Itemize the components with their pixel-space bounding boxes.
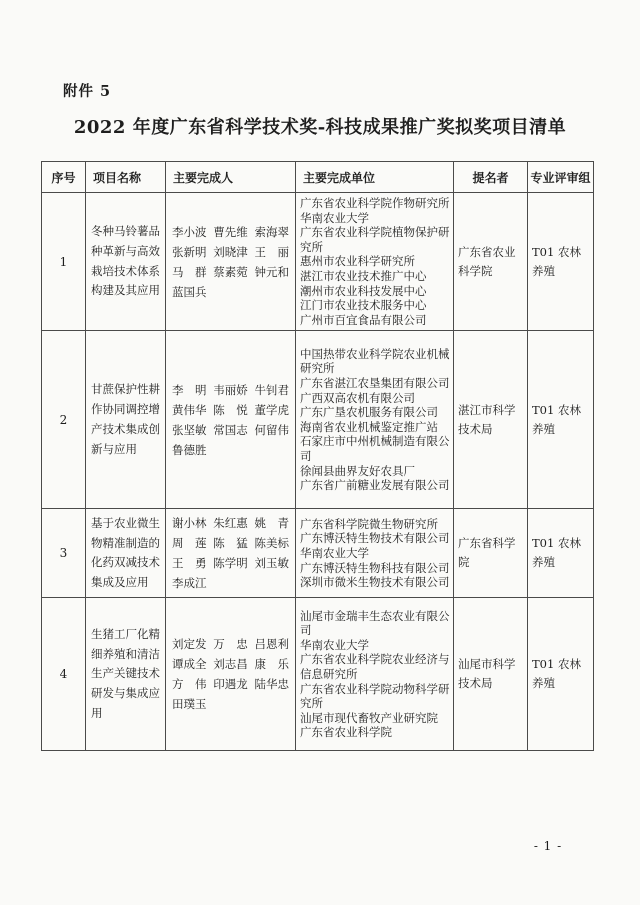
unit-name: 惠州市农业科学研究所 <box>300 254 450 269</box>
contributor-name: 曹先维 <box>213 222 248 242</box>
unit-name: 海南省农业机械鉴定推广站 <box>300 420 450 435</box>
contributor-name: 蓝国兵 <box>172 282 207 302</box>
contributor-name: 谢小林 <box>172 513 207 533</box>
contributor-name: 李小波 <box>172 222 207 242</box>
units-cell: 广东省农业科学院作物研究所华南农业大学广东省农业科学院植物保护研究所惠州市农业科… <box>296 193 454 331</box>
contributor-name: 吕恩利 <box>255 634 290 654</box>
header-main-contributors: 主要完成人 <box>166 162 296 193</box>
header-serial-no: 序号 <box>42 162 86 193</box>
review-group: T01 农林养殖 <box>528 193 594 331</box>
project-name: 生猪工厂化精细养殖和清洁生产关键技术研发与集成应用 <box>86 598 166 751</box>
unit-name: 广东博沃特生物科技有限公司 <box>300 561 450 576</box>
project-name: 冬种马铃薯品种革新与高效栽培技术体系构建及其应用 <box>86 193 166 331</box>
contributors-line: 周 莲陈 猛陈美标 <box>172 533 289 553</box>
nominator: 广东省科学院 <box>454 509 528 598</box>
contributor-name: 刘志昌 <box>213 654 248 674</box>
header-main-units: 主要完成单位 <box>296 162 454 193</box>
nominator: 湛江市科学技术局 <box>454 331 528 509</box>
unit-name: 华南农业大学 <box>300 638 450 653</box>
contributor-name: 索海翠 <box>255 222 290 242</box>
contributors-line: 田璞玉 <box>172 694 289 714</box>
contributor-name: 谭成全 <box>172 654 207 674</box>
page-number: - 1 - <box>508 839 588 853</box>
contributor-name: 陈美标 <box>255 533 290 553</box>
unit-name: 广东省农业科学院作物研究所 <box>300 196 450 211</box>
contributor-name: 陆华忠 <box>255 674 290 694</box>
document-page: 附件 5 2022 年度广东省科学技术奖-科技成果推广奖拟奖项目清单 序号 项目… <box>0 0 640 905</box>
contributor-name: 印遇龙 <box>213 674 248 694</box>
contributor-name: 康 乐 <box>255 654 290 674</box>
unit-name: 广东省农业科学院动物科学研究所 <box>300 682 450 711</box>
review-group: T01 农林养殖 <box>528 331 594 509</box>
contributor-name: 马 群 <box>172 262 207 282</box>
unit-name: 湛江市农业技术推广中心 <box>300 269 450 284</box>
contributor-name: 刘玉敏 <box>255 553 290 573</box>
contributor-name: 牛钊君 <box>255 380 290 400</box>
page-title: 2022 年度广东省科学技术奖-科技成果推广奖拟奖项目清单 <box>0 113 640 139</box>
contributor-name: 朱红惠 <box>213 513 248 533</box>
table-row: 4 生猪工厂化精细养殖和清洁生产关键技术研发与集成应用 刘定发万 忠吕恩利谭成全… <box>42 598 594 751</box>
contributors-line: 李成江 <box>172 573 289 593</box>
nominator: 汕尾市科学技术局 <box>454 598 528 751</box>
contributors-cell: 李小波曹先维索海翠张新明刘晓津王 丽马 群蔡素菀钟元和蓝国兵 <box>166 193 296 331</box>
unit-name: 广东省湛江农垦集团有限公司 <box>300 376 450 391</box>
unit-name: 广东省农业科学院 <box>300 725 450 740</box>
unit-name: 华南农业大学 <box>300 546 450 561</box>
contributor-name: 钟元和 <box>255 262 290 282</box>
contributor-name: 周 莲 <box>172 533 207 553</box>
contributors-cell: 谢小林朱红惠姚 青周 莲陈 猛陈美标王 勇陈学明刘玉敏李成江 <box>166 509 296 598</box>
contributor-name: 李 明 <box>172 380 207 400</box>
serial-no: 4 <box>42 598 86 751</box>
table-header-row: 序号 项目名称 主要完成人 主要完成单位 提名者 专业评审组 <box>42 162 594 193</box>
units-cell: 汕尾市金瑞丰生态农业有限公司华南农业大学广东省农业科学院农业经济与信息研究所广东… <box>296 598 454 751</box>
contributors-line: 王 勇陈学明刘玉敏 <box>172 553 289 573</box>
contributor-name: 张坚敏 <box>172 420 207 440</box>
contributor-name: 王 丽 <box>255 242 290 262</box>
award-project-table: 序号 项目名称 主要完成人 主要完成单位 提名者 专业评审组 1 冬种马铃薯品种… <box>41 161 594 751</box>
unit-name: 广东广垦农机服务有限公司 <box>300 405 450 420</box>
contributor-name: 万 忠 <box>213 634 248 654</box>
unit-name: 汕尾市现代畜牧产业研究院 <box>300 711 450 726</box>
unit-name: 深圳市微米生物技术有限公司 <box>300 575 450 590</box>
table-row: 2 甘蔗保护性耕作协同调控增产技术集成创新与应用 李 明韦丽娇牛钊君黄伟华陈 悦… <box>42 331 594 509</box>
contributors-line: 张新明刘晓津王 丽 <box>172 242 289 262</box>
contributors-line: 谭成全刘志昌康 乐 <box>172 654 289 674</box>
contributors-cell: 刘定发万 忠吕恩利谭成全刘志昌康 乐方 伟印遇龙陆华忠田璞玉 <box>166 598 296 751</box>
unit-name: 广东省科学院微生物研究所 <box>300 517 450 532</box>
table-row: 3 基于农业微生物精准制造的化药双减技术集成及应用 谢小林朱红惠姚 青周 莲陈 … <box>42 509 594 598</box>
contributors-line: 刘定发万 忠吕恩利 <box>172 634 289 654</box>
contributor-name: 陈 悦 <box>213 400 248 420</box>
contributor-name: 常国志 <box>213 420 248 440</box>
unit-name: 广东省农业科学院农业经济与信息研究所 <box>300 652 450 681</box>
unit-name: 华南农业大学 <box>300 211 450 226</box>
contributor-name: 方 伟 <box>172 674 207 694</box>
contributors-line: 谢小林朱红惠姚 青 <box>172 513 289 533</box>
contributor-name: 姚 青 <box>255 513 290 533</box>
contributor-name: 蔡素菀 <box>213 262 248 282</box>
unit-name: 广东省广前糖业发展有限公司 <box>300 478 450 493</box>
unit-name: 石家庄市中州机械制造有限公司 <box>300 434 450 463</box>
unit-name: 广东省农业科学院植物保护研究所 <box>300 225 450 254</box>
contributors-line: 黄伟华陈 悦董学虎 <box>172 400 289 420</box>
contributor-name: 陈学明 <box>213 553 248 573</box>
unit-name: 广州市百宜食品有限公司 <box>300 313 450 328</box>
unit-name: 江门市农业技术服务中心 <box>300 298 450 313</box>
units-cell: 广东省科学院微生物研究所广东博沃特生物技术有限公司华南农业大学广东博沃特生物科技… <box>296 509 454 598</box>
contributors-line: 马 群蔡素菀钟元和 <box>172 262 289 282</box>
contributors-line: 张坚敏常国志何留伟 <box>172 420 289 440</box>
unit-name: 潮州市农业科技发展中心 <box>300 284 450 299</box>
contributor-name: 张新明 <box>172 242 207 262</box>
contributor-name: 刘定发 <box>172 634 207 654</box>
serial-no: 3 <box>42 509 86 598</box>
header-review-group: 专业评审组 <box>528 162 594 193</box>
nominator: 广东省农业科学院 <box>454 193 528 331</box>
contributors-line: 李小波曹先维索海翠 <box>172 222 289 242</box>
contributor-name: 刘晓津 <box>213 242 248 262</box>
unit-name: 广东博沃特生物技术有限公司 <box>300 531 450 546</box>
contributor-name: 王 勇 <box>172 553 207 573</box>
contributors-cell: 李 明韦丽娇牛钊君黄伟华陈 悦董学虎张坚敏常国志何留伟鲁德胜 <box>166 331 296 509</box>
contributor-name: 鲁德胜 <box>172 440 207 460</box>
contributor-name: 韦丽娇 <box>213 380 248 400</box>
contributor-name: 陈 猛 <box>213 533 248 553</box>
review-group: T01 农林养殖 <box>528 598 594 751</box>
contributors-line: 蓝国兵 <box>172 282 289 302</box>
header-nominator: 提名者 <box>454 162 528 193</box>
unit-name: 汕尾市金瑞丰生态农业有限公司 <box>300 609 450 638</box>
attachment-label: 附件 5 <box>63 80 111 101</box>
serial-no: 1 <box>42 193 86 331</box>
units-cell: 中国热带农业科学院农业机械研究所广东省湛江农垦集团有限公司广西双高农机有限公司广… <box>296 331 454 509</box>
project-name: 基于农业微生物精准制造的化药双减技术集成及应用 <box>86 509 166 598</box>
review-group: T01 农林养殖 <box>528 509 594 598</box>
contributors-line: 李 明韦丽娇牛钊君 <box>172 380 289 400</box>
contributors-line: 鲁德胜 <box>172 440 289 460</box>
unit-name: 中国热带农业科学院农业机械研究所 <box>300 347 450 376</box>
table-row: 1 冬种马铃薯品种革新与高效栽培技术体系构建及其应用 李小波曹先维索海翠张新明刘… <box>42 193 594 331</box>
serial-no: 2 <box>42 331 86 509</box>
contributors-line: 方 伟印遇龙陆华忠 <box>172 674 289 694</box>
unit-name: 广西双高农机有限公司 <box>300 391 450 406</box>
contributor-name: 田璞玉 <box>172 694 207 714</box>
contributor-name: 董学虎 <box>255 400 290 420</box>
unit-name: 徐闻县曲界友好农具厂 <box>300 464 450 479</box>
project-name: 甘蔗保护性耕作协同调控增产技术集成创新与应用 <box>86 331 166 509</box>
header-project-name: 项目名称 <box>86 162 166 193</box>
contributor-name: 黄伟华 <box>172 400 207 420</box>
contributor-name: 何留伟 <box>255 420 290 440</box>
contributor-name: 李成江 <box>172 573 207 593</box>
